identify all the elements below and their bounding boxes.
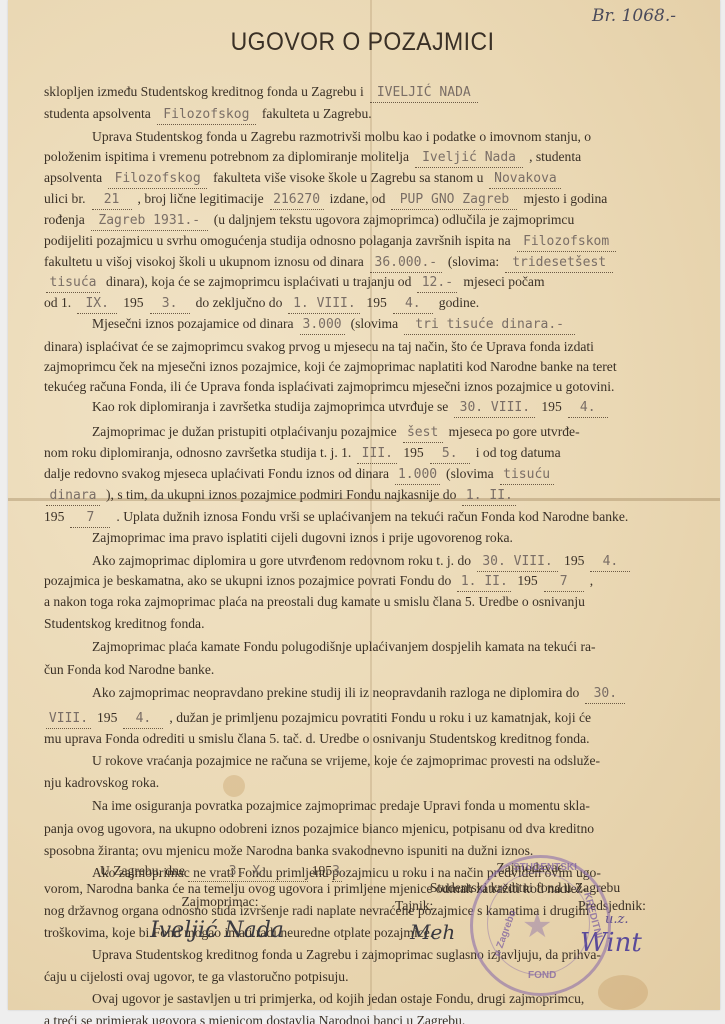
registry-number: Br. 1068.- [592, 6, 676, 26]
printed-text: zajmoprimcu ček na mjesečni iznos pozajm… [44, 359, 617, 374]
printed-text: U rokove vraćanja pozajmice ne računa se… [92, 753, 600, 768]
printed-text: fakultetu u višoj visokoj školi u ukupno… [44, 254, 364, 269]
printed-text: studenta apsolventa [44, 106, 151, 121]
contract-line: dalje redovno svakog mjeseca uplaćivati … [42, 465, 682, 485]
contract-line: sklopljen između Studentskog kreditnog f… [42, 83, 682, 103]
filled-field: 3.000 [300, 316, 345, 335]
contract-line: apsolventaFilozofskogfakulteta više viso… [42, 169, 682, 189]
contract-line: Zajmoprimac plaća kamate Fondu polugodiš… [42, 638, 725, 656]
filled-field: šest [403, 424, 443, 443]
contract-line: Kao rok diplomiranja i završetka studija… [42, 398, 725, 418]
printed-text: mjeseci počam [463, 274, 544, 289]
printed-text: čun Fonda kod Narodne banke. [44, 662, 214, 677]
printed-text: tekućeg računa Fonda, ili će Uprava fond… [44, 379, 614, 394]
printed-text: (slovima [351, 316, 399, 331]
filled-field: 30. VIII. [454, 399, 535, 418]
filled-field: 4. [123, 710, 163, 729]
date-fill: 3. X. [188, 863, 308, 882]
printed-text: sposobna žiranta; ovu mjenicu može Narod… [44, 843, 533, 858]
filled-field: tridesetšest [505, 254, 613, 273]
filled-field: VIII. [46, 710, 91, 729]
contract-line: panja ovog ugovora, na ukupno odobreni i… [42, 820, 682, 838]
year-fill: 3. [332, 863, 342, 882]
printed-text: Mjesečni iznos pozajamice od dinara [92, 316, 294, 331]
filled-field: 36.000.- [370, 254, 442, 273]
printed-text: do zeključno do [196, 295, 283, 310]
contract-line: rođenjaZagreb 1931.-(u daljnjem tekstu u… [42, 211, 682, 231]
filled-field: 1. II. [457, 573, 511, 592]
contract-line: Ako zajmoprimac neopravdano prekine stud… [42, 684, 725, 704]
printed-text: dalje redovno svakog mjeseca uplaćivati … [44, 466, 389, 481]
filled-field: Novakova [489, 170, 561, 189]
contract-line: Mjesečni iznos pozajamice od dinara3.000… [42, 315, 725, 335]
printed-text: panja ovog ugovora, na ukupno odobreni i… [44, 821, 594, 836]
filled-field: 216270 [270, 191, 324, 210]
contract-line: a treći se primjerak ugovora s mjenicom … [42, 1012, 682, 1024]
printed-text: dinara) isplaćivat će se zajmoprimcu sva… [44, 339, 594, 354]
contract-line: Na ime osiguranja povratka pozajmice zaj… [42, 797, 725, 815]
filled-field: 21 [92, 191, 132, 210]
borrower-signature: Iveljić Nada [150, 918, 284, 943]
contract-line: ulici br.21, broj lične legitimacije2162… [42, 190, 682, 210]
contract-line: VIII.1954., dužan je primljenu pozajmicu… [42, 709, 682, 729]
contract-line: od 1.IX.1953.do zeključno do1. VIII.1954… [42, 294, 682, 314]
printed-text: , [590, 573, 593, 588]
filled-field: Filozofskog [157, 106, 256, 125]
contract-line: dinara) isplaćivat će se zajmoprimcu sva… [42, 338, 682, 356]
stamp-text-bottom: FOND [528, 970, 556, 981]
year-prefix: 195 [312, 863, 332, 878]
secretary-signature: Meh [410, 920, 455, 944]
printed-text: Ako zajmoprimac neopravdano prekine stud… [92, 685, 579, 700]
filled-field: 7 [544, 573, 584, 592]
printed-text: Zajmoprimac ima pravo isplatiti cijeli d… [92, 530, 513, 545]
printed-text: mu uprava Fonda odrediti u smislu člana … [44, 731, 590, 746]
printed-text: . Uplata dužnih iznosa Fondu vrši se upl… [116, 509, 628, 524]
place-label: U Zagrebu, dne [42, 863, 185, 878]
printed-text: 195 [541, 399, 561, 414]
printed-text: položenim ispitima i vremenu potrebnom z… [44, 149, 409, 164]
contract-line: fakultetu u višoj visokoj školi u ukupno… [42, 253, 682, 273]
filled-field: 4. [393, 295, 433, 314]
printed-text: Zajmoprimac plaća kamate Fondu polugodiš… [92, 639, 596, 654]
contract-line: tekućeg računa Fonda, ili će Uprava fond… [42, 378, 682, 396]
printed-text: Uprava Studentskog fonda u Zagrebu razmo… [92, 129, 591, 144]
printed-text: ćaju u cijelosti ovaj ugovor, te ga vlas… [44, 969, 349, 984]
filled-field: 1. VIII. [288, 295, 360, 314]
filled-field: 7 [70, 509, 110, 528]
contract-line: Zajmoprimac ima pravo isplatiti cijeli d… [42, 529, 725, 547]
stamp-text-top: STUDENTSKI [513, 862, 577, 873]
contract-line: 1957. Uplata dužnih iznosa Fondu vrši se… [42, 508, 682, 528]
filled-field: 3. [150, 295, 190, 314]
filled-field: PUP GNO Zagreb [391, 191, 517, 210]
filled-field: 12.- [417, 274, 457, 293]
printed-text: Zajmoprimac je dužan pristupiti otplaćiv… [92, 424, 397, 439]
filled-field: dinara [46, 487, 100, 506]
printed-text: (slovima: [448, 254, 499, 269]
printed-text: nju kadrovskog roka. [44, 775, 159, 790]
contract-line: podijeliti pozajmicu u svrhu omogućenja … [42, 232, 682, 252]
contract-line: pozajmica je beskamatna, ako se ukupni i… [42, 572, 682, 592]
contract-line: nju kadrovskog roka. [42, 774, 682, 792]
contract-line: sposobna žiranta; ovu mjenicu može Narod… [42, 842, 682, 860]
document-title: UGOVOR O POZAJMICI [29, 28, 696, 57]
filled-field: Iveljić Nada [415, 149, 523, 168]
printed-text: 195 [403, 445, 423, 460]
contract-line: Ovaj ugovor je sastavljen u tri primjerk… [42, 990, 725, 1008]
filled-field: Zagreb 1931.- [91, 212, 208, 231]
printed-text: od 1. [44, 295, 71, 310]
printed-text: , studenta [529, 149, 581, 164]
contract-line: dinara), s tim, da ukupni iznos pozajmic… [42, 486, 682, 506]
printed-text: fakulteta u Zagrebu. [262, 106, 372, 121]
filled-field: tisuća [46, 274, 100, 293]
contract-line: studenta apsolventaFilozofskogfakulteta … [42, 105, 682, 125]
printed-text: izdane, od [330, 191, 386, 206]
filled-field: 30. [585, 685, 625, 704]
contract-line: U rokove vraćanja pozajmice ne računa se… [42, 752, 725, 770]
contract-line: nom roku diplomiranja, odnosno završetka… [42, 444, 682, 464]
contract-line: položenim ispitima i vremenu potrebnom z… [42, 148, 682, 168]
printed-text: a treći se primjerak ugovora s mjenicom … [44, 1013, 465, 1024]
printed-text: Na ime osiguranja povratka pozajmice zaj… [92, 798, 590, 813]
filled-field: tri tisuće dinara.- [404, 316, 575, 335]
printed-text: ), s tim, da ukupni iznos pozajmice podm… [106, 487, 456, 502]
printed-text: 195 [517, 573, 537, 588]
printed-text: Ovaj ugovor je sastavljen u tri primjerk… [92, 991, 584, 1006]
printed-text: fakulteta više visoke škole u Zagrebu sa… [213, 170, 483, 185]
star-icon: ★ [522, 906, 552, 946]
printed-text: a nakon toga roka zajmoprimac plaća na p… [44, 594, 585, 609]
contract-line: Studentskog kreditnog fonda. [42, 615, 682, 633]
filled-field: 1.000 [395, 466, 440, 485]
printed-text: 195 [564, 553, 584, 568]
filled-field: tisuću [500, 466, 554, 485]
printed-text: sklopljen između Studentskog kreditnog f… [44, 84, 364, 99]
official-stamp: ★ STUDENTSKI KREDITNI FOND u Zagrebu [470, 855, 611, 996]
contract-line: Zajmoprimac je dužan pristupiti otplaćiv… [42, 423, 725, 443]
printed-text: Studentskog kreditnog fonda. [44, 616, 204, 631]
filled-field: 4. [568, 399, 608, 418]
printed-text: rođenja [44, 212, 85, 227]
printed-text: (u daljnjem tekstu ugovora zajmoprimca) … [214, 212, 575, 227]
printed-text: podijeliti pozajmicu u svrhu omogućenja … [44, 233, 511, 248]
printed-text: , dužan je primljenu pozajmicu povratiti… [169, 710, 591, 725]
contract-line: tisućadinara), koja će se zajmoprimcu is… [42, 273, 682, 293]
filled-field: III. [357, 445, 397, 464]
printed-text: Kao rok diplomiranja i završetka studija… [92, 399, 448, 414]
filled-field: IVELJIĆ NADA [370, 84, 478, 103]
printed-text: Ako zajmoprimac diplomira u gore utvrđen… [92, 553, 471, 568]
filled-field: 4. [590, 553, 630, 572]
printed-text: 195 [97, 710, 117, 725]
filled-field: Filozofskog [108, 170, 207, 189]
printed-text: mjesto i godina [523, 191, 607, 206]
filled-field: 30. VIII. [477, 553, 558, 572]
contract-line: mu uprava Fonda odrediti u smislu člana … [42, 730, 682, 748]
printed-text: nom roku diplomiranja, odnosno završetka… [44, 445, 351, 460]
contract-line: čun Fonda kod Narodne banke. [42, 661, 682, 679]
contract-line: Ako zajmoprimac diplomira u gore utvrđen… [42, 552, 725, 572]
printed-text: apsolventa [44, 170, 102, 185]
borrower-label: Zajmoprimac: [150, 894, 290, 910]
contract-line: Uprava Studentskog fonda u Zagrebu razmo… [42, 128, 725, 146]
secretary-label: Tajnik: [395, 898, 445, 914]
filled-field: IX. [77, 295, 117, 314]
printed-text: 195 [366, 295, 386, 310]
filled-field: 5. [430, 445, 470, 464]
filled-field: Filozofskom [517, 233, 616, 252]
printed-text: i od tog datuma [476, 445, 561, 460]
printed-text: (slovima [446, 466, 494, 481]
printed-text: mjeseca po gore utvrđe- [449, 424, 580, 439]
printed-text: , broj lične legitimacije [138, 191, 264, 206]
printed-text: 195 [123, 295, 143, 310]
printed-text: pozajmica je beskamatna, ako se ukupni i… [44, 573, 451, 588]
printed-text: ulici br. [44, 191, 86, 206]
printed-text: dinara), koja će se zajmoprimcu isplaćiv… [106, 274, 411, 289]
contract-line: zajmoprimcu ček na mjesečni iznos pozajm… [42, 358, 682, 376]
filled-field: 1. II. [462, 487, 516, 506]
printed-text: 195 [44, 509, 64, 524]
contract-line: a nakon toga roka zajmoprimac plaća na p… [42, 593, 682, 611]
printed-text: godine. [439, 295, 479, 310]
